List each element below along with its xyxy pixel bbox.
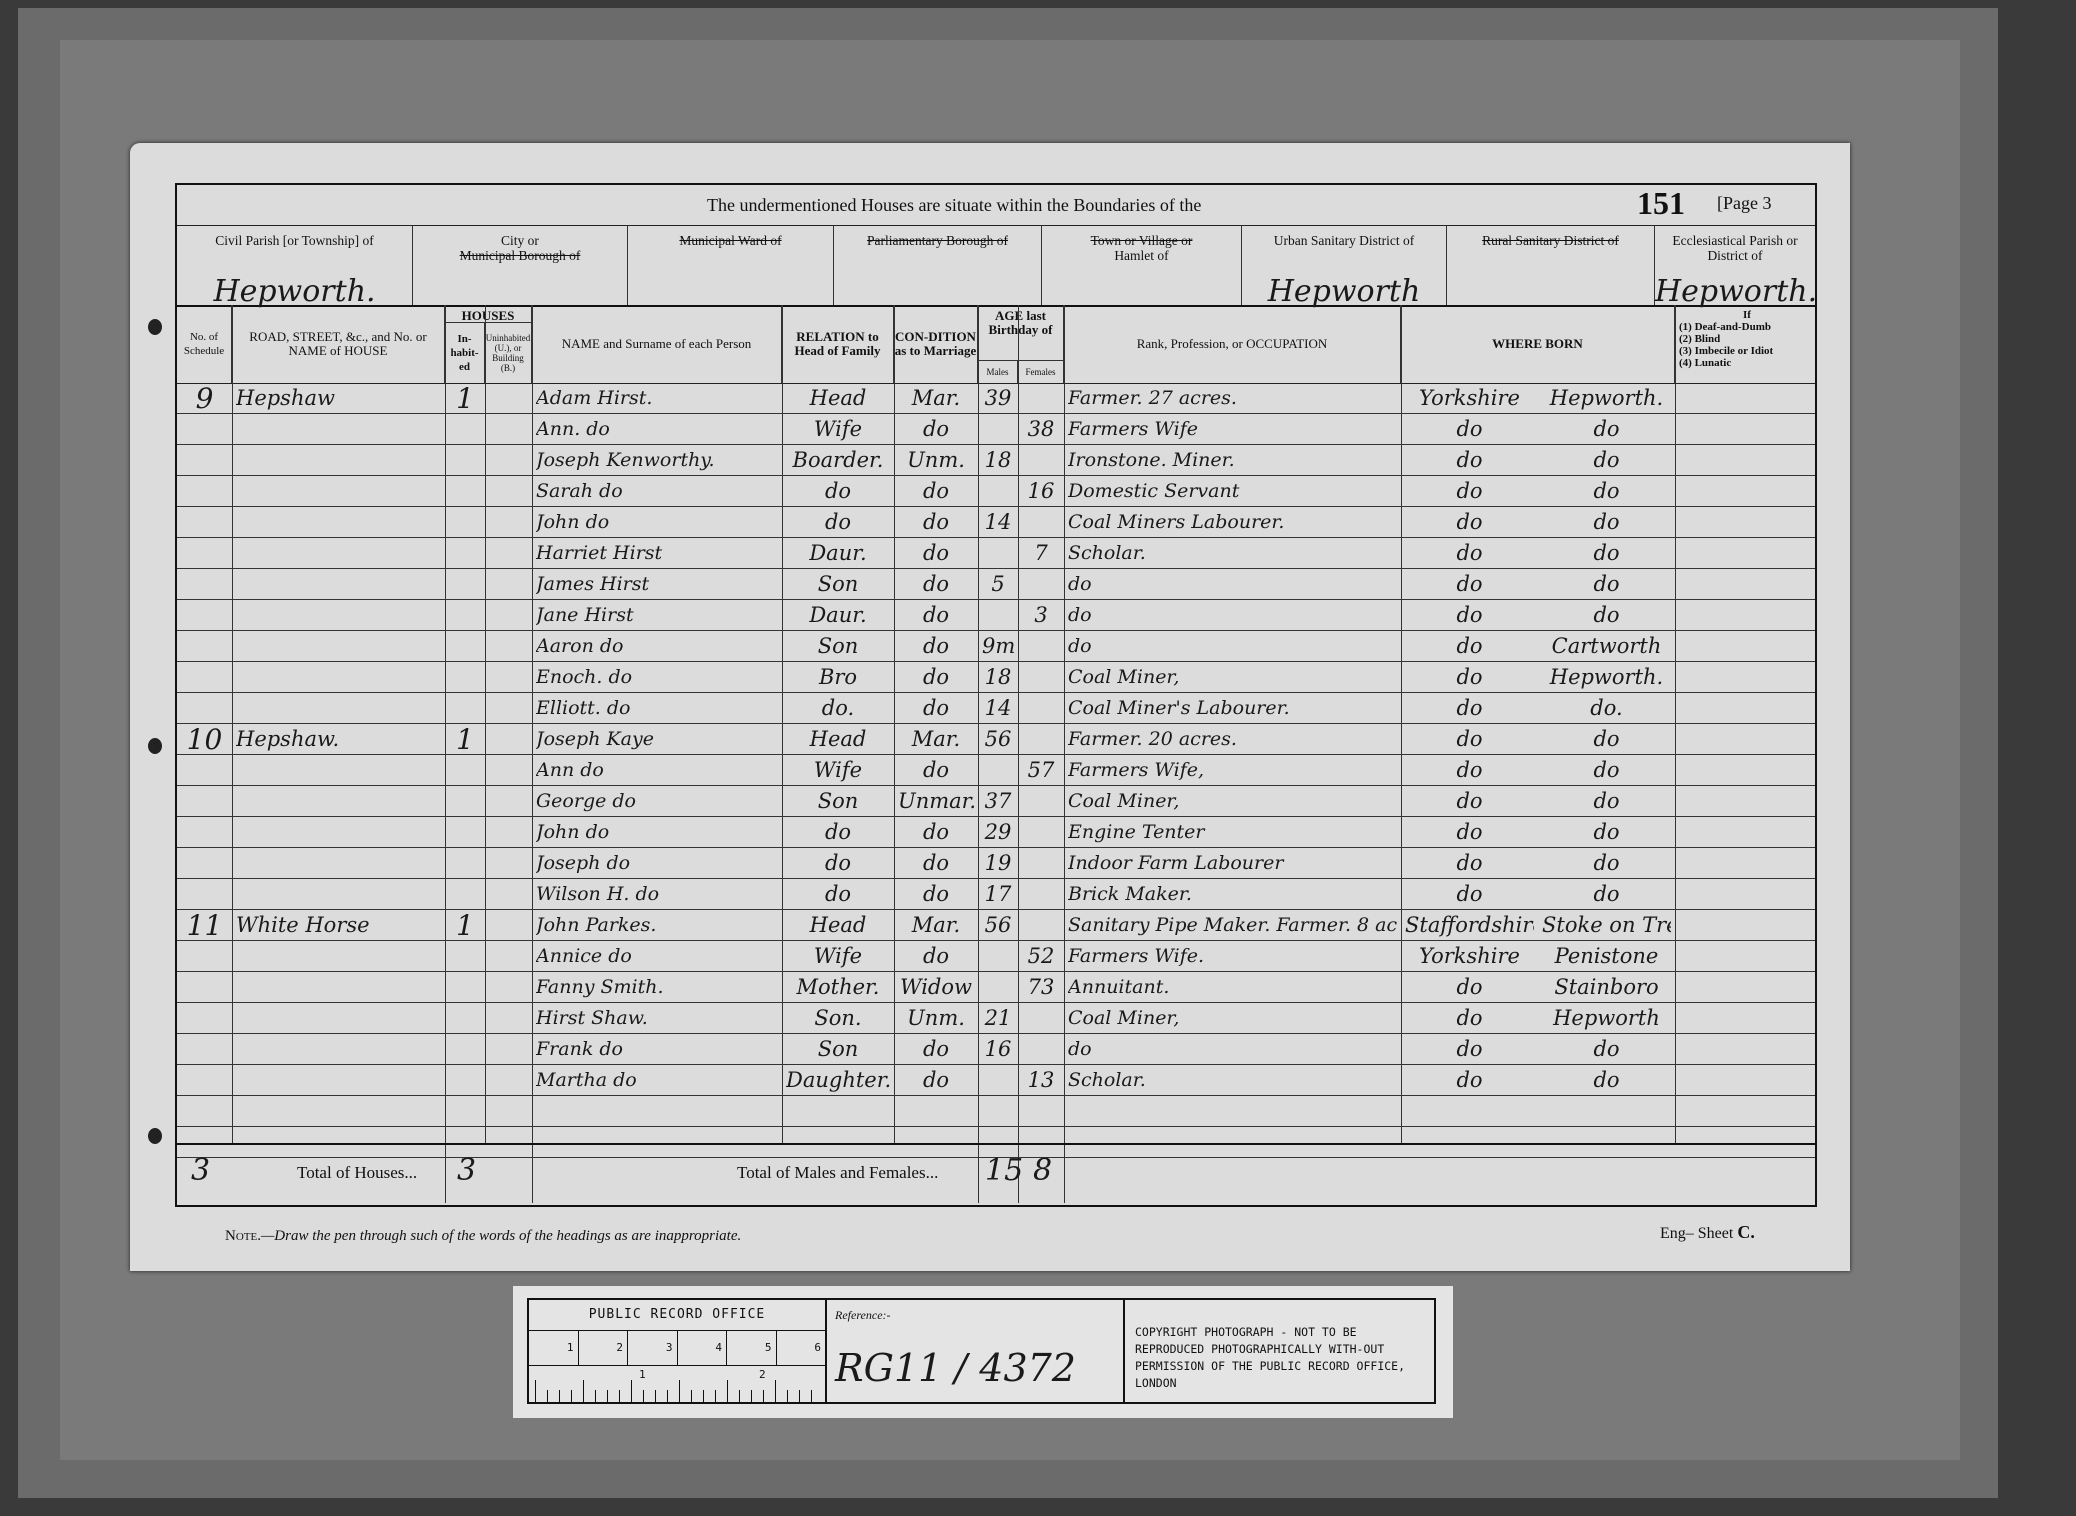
scale-mark: 3 — [628, 1331, 678, 1365]
inhabited-count — [449, 817, 481, 848]
female-age: 57 — [1022, 755, 1060, 786]
schedule-number — [181, 445, 228, 476]
birth-place: do — [1542, 1065, 1671, 1096]
ruler-tick — [619, 1390, 620, 1402]
census-row: Ann doWifedo57Farmers Wife,dodo — [177, 755, 1815, 786]
person-name: Frank do — [536, 1034, 778, 1065]
inhabited-count: 1 — [449, 910, 481, 941]
rural-sanitary-cell: Rural Sanitary District of — [1447, 225, 1655, 305]
sheet-letter: C. — [1737, 1222, 1755, 1242]
census-row: Fanny Smith.Mother.Widow73Annuitant.doSt… — [177, 972, 1815, 1003]
parliamentary-borough-cell: Parliamentary Borough of — [834, 225, 1042, 305]
ruler-tick — [547, 1390, 548, 1402]
scale-mark: 4 — [678, 1331, 728, 1365]
relation: do. — [786, 693, 890, 724]
inhabited-count — [449, 848, 481, 879]
schedule-number — [181, 414, 228, 445]
municipal-ward-label: Municipal Ward of — [628, 233, 833, 248]
male-age: 5 — [982, 569, 1014, 600]
schedule-number — [181, 507, 228, 538]
col-name: NAME and Surname of each Person — [532, 305, 782, 383]
road-name — [236, 693, 441, 724]
female-age: 7 — [1022, 538, 1060, 569]
census-row: 9Hepshaw1Adam Hirst.HeadMar.39Farmer. 27… — [177, 383, 1815, 414]
relation: Bro — [786, 662, 890, 693]
birth-county: do — [1405, 1065, 1534, 1096]
scale-bar: 1 2 3 4 5 6 — [529, 1331, 825, 1366]
census-row: Aaron doSondo9mdodoCartworth — [177, 631, 1815, 662]
infirmity-2: (2) Blind — [1679, 333, 1720, 345]
road-name — [236, 1034, 441, 1065]
inhabited-count — [449, 662, 481, 693]
ruler-tick — [607, 1390, 608, 1402]
birth-county: do — [1405, 972, 1534, 1003]
road-name: Hepshaw. — [236, 724, 441, 755]
eccl-label-line2: District of — [1655, 248, 1815, 263]
eccl-parish-value: Hepworth. — [1655, 284, 1815, 299]
urban-sanitary-label: Urban Sanitary District of — [1242, 233, 1446, 248]
birth-place: do — [1542, 848, 1671, 879]
scale-mark: 1 — [529, 1331, 579, 1365]
note-text: —Draw the pen through such of the words … — [261, 1228, 741, 1244]
schedule-number — [181, 1003, 228, 1034]
schedule-number — [181, 1034, 228, 1065]
birth-county: do — [1405, 1003, 1534, 1034]
birth-county: do — [1405, 569, 1534, 600]
female-age — [1022, 1003, 1060, 1034]
occupation: Engine Tenter — [1068, 817, 1397, 848]
occupation: Coal Miner's Labourer. — [1068, 693, 1397, 724]
relation: do — [786, 848, 890, 879]
infirmity-3: (3) Imbecile or Idiot — [1679, 345, 1773, 357]
inhabited-count — [449, 1065, 481, 1096]
male-age: 37 — [982, 786, 1014, 817]
marital-condition: do — [898, 1065, 974, 1096]
folio-number: 151 — [1637, 185, 1685, 222]
census-row: John dododo14Coal Miners Labourer.dodo — [177, 507, 1815, 538]
female-age: 38 — [1022, 414, 1060, 445]
archive-label-frame: PUBLIC RECORD OFFICE 1 2 3 4 5 6 1 2 Ref… — [527, 1298, 1436, 1404]
census-row: John dododo29Engine Tenterdodo — [177, 817, 1815, 848]
birth-county: do — [1405, 445, 1534, 476]
marital-condition: do — [898, 569, 974, 600]
birth-county: Yorkshire — [1405, 383, 1534, 414]
ruler-tick — [655, 1390, 656, 1402]
birth-county: do — [1405, 507, 1534, 538]
scale-mark: 5 — [727, 1331, 777, 1365]
relation: Son — [786, 569, 890, 600]
relation: do — [786, 476, 890, 507]
relation: Head — [786, 383, 890, 414]
ruler-tick — [679, 1380, 680, 1402]
total-males-value: 15 — [985, 1153, 1023, 1188]
ruler-tick — [595, 1390, 596, 1402]
marital-condition: do — [898, 755, 974, 786]
marital-condition: do — [898, 414, 974, 445]
male-age — [982, 414, 1014, 445]
rural-sanitary-label: Rural Sanitary District of — [1447, 233, 1654, 248]
birth-county: do — [1405, 693, 1534, 724]
form-note: Note.—Draw the pen through such of the w… — [225, 1228, 741, 1245]
punch-hole — [148, 319, 162, 335]
birth-place: do — [1542, 538, 1671, 569]
birth-place: do — [1542, 569, 1671, 600]
schedule-number — [181, 972, 228, 1003]
birth-place: Hepworth — [1542, 1003, 1671, 1034]
inhabited-count — [449, 445, 481, 476]
road-name — [236, 538, 441, 569]
inhabited-count — [449, 972, 481, 1003]
schedule-number: 11 — [181, 910, 228, 941]
birth-county: do — [1405, 879, 1534, 910]
relation: do — [786, 817, 890, 848]
boundaries-row: Civil Parish [or Township] of Hepworth. … — [177, 225, 1815, 307]
road-name — [236, 507, 441, 538]
inhabited-count — [449, 631, 481, 662]
inhabited-count — [449, 538, 481, 569]
ruler-mark: 2 — [759, 1368, 766, 1381]
schedule-number — [181, 941, 228, 972]
female-age — [1022, 445, 1060, 476]
male-age: 16 — [982, 1034, 1014, 1065]
ruler-tick — [775, 1380, 776, 1402]
col-infirmity: If (1) Deaf-and-Dumb (2) Blind (3) Imbec… — [1675, 305, 1815, 383]
marital-condition: Unmar. — [898, 786, 974, 817]
col-where-born: WHERE BORN — [1401, 305, 1675, 383]
census-row: Elliott. dodo.do14Coal Miner's Labourer.… — [177, 693, 1815, 724]
schedule-number — [181, 476, 228, 507]
occupation: Ironstone. Miner. — [1068, 445, 1397, 476]
person-name: John Parkes. — [536, 910, 778, 941]
town-label-line2: Hamlet of — [1042, 248, 1241, 263]
occupation: do — [1068, 1034, 1397, 1065]
female-age: 16 — [1022, 476, 1060, 507]
civil-parish-value: Hepworth. — [177, 284, 412, 299]
schedule-number — [181, 786, 228, 817]
birth-county: do — [1405, 414, 1534, 445]
marital-condition: Unm. — [898, 445, 974, 476]
ruler-tick — [811, 1390, 812, 1402]
sheet-type: Eng– Sheet C. — [1660, 1222, 1755, 1243]
census-row: Wilson H. dododo17Brick Maker.dodo — [177, 879, 1815, 910]
male-age: 39 — [982, 383, 1014, 414]
occupation: Coal Miner, — [1068, 786, 1397, 817]
relation: Daur. — [786, 538, 890, 569]
birth-county: do — [1405, 538, 1534, 569]
marital-condition: do — [898, 879, 974, 910]
occupation: Farmer. 27 acres. — [1068, 383, 1397, 414]
occupation: Scholar. — [1068, 538, 1397, 569]
person-name: Sarah do — [536, 476, 778, 507]
male-age: 18 — [982, 662, 1014, 693]
relation: Head — [786, 910, 890, 941]
birth-county: do — [1405, 817, 1534, 848]
relation: Son — [786, 1034, 890, 1065]
municipal-ward-cell: Municipal Ward of — [628, 225, 834, 305]
person-name: Joseph Kenworthy. — [536, 445, 778, 476]
road-name — [236, 445, 441, 476]
marital-condition: do — [898, 631, 974, 662]
person-name: James Hirst — [536, 569, 778, 600]
census-sheet: The undermentioned Houses are situate wi… — [130, 143, 1850, 1271]
person-name: George do — [536, 786, 778, 817]
birth-place: do — [1542, 600, 1671, 631]
schedule-number — [181, 569, 228, 600]
marital-condition: do — [898, 600, 974, 631]
col-relation: RELATION to Head of Family — [782, 305, 894, 383]
birth-county: do — [1405, 786, 1534, 817]
inhabited-count — [449, 476, 481, 507]
relation: do — [786, 879, 890, 910]
sheet-label: Eng– Sheet — [1660, 1225, 1733, 1242]
marital-condition: do — [898, 817, 974, 848]
birth-county: do — [1405, 476, 1534, 507]
relation: Son — [786, 631, 890, 662]
schedule-number — [181, 817, 228, 848]
col-condition: CON-DITION as to Marriage — [894, 305, 978, 383]
punch-hole — [148, 1128, 162, 1144]
infirmity-4: (4) Lunatic — [1679, 357, 1731, 369]
inhabited-count — [449, 1034, 481, 1065]
female-age: 52 — [1022, 941, 1060, 972]
male-age: 17 — [982, 879, 1014, 910]
marital-condition: do — [898, 848, 974, 879]
birth-place: do — [1542, 1034, 1671, 1065]
census-row: Frank doSondo16dododo — [177, 1034, 1815, 1065]
inhabited-count — [449, 879, 481, 910]
ruler-tick — [763, 1390, 764, 1402]
col-males: Males — [978, 361, 1018, 383]
inhabited-count — [449, 600, 481, 631]
male-age — [982, 600, 1014, 631]
occupation: Annuitant. — [1068, 972, 1397, 1003]
parliamentary-borough-label: Parliamentary Borough of — [834, 233, 1041, 248]
male-age: 14 — [982, 507, 1014, 538]
marital-condition: do — [898, 941, 974, 972]
inhabited-count — [449, 1003, 481, 1034]
relation: Daur. — [786, 600, 890, 631]
town-label-line1: Town or Village or — [1042, 233, 1241, 248]
copyright-notice: COPYRIGHT PHOTOGRAPH - NOT TO BE REPRODU… — [1135, 1324, 1425, 1392]
person-name: Joseph Kaye — [536, 724, 778, 755]
female-age — [1022, 507, 1060, 538]
marital-condition: Widow — [898, 972, 974, 1003]
person-name: Annice do — [536, 941, 778, 972]
road-name — [236, 1003, 441, 1034]
page-number: [Page 3 — [1717, 193, 1771, 214]
person-name: Ann. do — [536, 414, 778, 445]
blank-row — [177, 1096, 1815, 1127]
census-row: Enoch. doBrodo18Coal Miner,doHepworth. — [177, 662, 1815, 693]
census-row: Annice doWifedo52Farmers Wife.YorkshireP… — [177, 941, 1815, 972]
census-row: Sarah dododo16Domestic Servantdodo — [177, 476, 1815, 507]
female-age — [1022, 383, 1060, 414]
col-schedule: No. of Schedule — [177, 305, 232, 383]
birth-place: do — [1542, 724, 1671, 755]
relation: Son — [786, 786, 890, 817]
archive-label: PUBLIC RECORD OFFICE 1 2 3 4 5 6 1 2 Ref… — [513, 1286, 1453, 1418]
relation: Wife — [786, 755, 890, 786]
inhabited-count — [449, 569, 481, 600]
census-row: Joseph dododo19Indoor Farm Labourerdodo — [177, 848, 1815, 879]
schedule-number: 10 — [181, 724, 228, 755]
road-name — [236, 414, 441, 445]
schedule-number — [181, 879, 228, 910]
total-houses-label: Total of Houses... — [297, 1163, 417, 1183]
birth-county: Staffordshire — [1405, 910, 1534, 941]
person-name: Adam Hirst. — [536, 383, 778, 414]
birth-county: do — [1405, 631, 1534, 662]
census-row: Martha doDaughter.do13Scholar.dodo — [177, 1065, 1815, 1096]
schedule-number — [181, 538, 228, 569]
birth-place: Stainboro — [1542, 972, 1671, 1003]
inhabited-count — [449, 755, 481, 786]
birth-place: Cartworth — [1542, 631, 1671, 662]
total-females-value: 8 — [1033, 1153, 1052, 1188]
ruler-tick — [787, 1390, 788, 1402]
punch-hole — [148, 738, 162, 754]
occupation: Farmers Wife, — [1068, 755, 1397, 786]
birth-county: do — [1405, 1034, 1534, 1065]
col-age: AGE last Birthday of — [978, 305, 1064, 361]
occupation: Farmers Wife — [1068, 414, 1397, 445]
inhabited-count — [449, 693, 481, 724]
male-age — [982, 972, 1014, 1003]
relation: Son. — [786, 1003, 890, 1034]
col-houses: HOUSES — [445, 305, 532, 323]
schedule-number — [181, 1065, 228, 1096]
ecclesiastical-parish-cell: Ecclesiastical Parish or District of Hep… — [1655, 225, 1815, 305]
birth-place: do — [1542, 445, 1671, 476]
marital-condition: do — [898, 507, 974, 538]
relation: Wife — [786, 414, 890, 445]
marital-condition: do — [898, 693, 974, 724]
female-age: 13 — [1022, 1065, 1060, 1096]
inhabited-count — [449, 786, 481, 817]
road-name — [236, 786, 441, 817]
marital-condition: Mar. — [898, 724, 974, 755]
birth-place: do — [1542, 755, 1671, 786]
record-office-panel: PUBLIC RECORD OFFICE 1 2 3 4 5 6 1 2 — [529, 1300, 827, 1402]
female-age — [1022, 817, 1060, 848]
town-village-cell: Town or Village or Hamlet of — [1042, 225, 1242, 305]
occupation: Coal Miners Labourer. — [1068, 507, 1397, 538]
male-age: 9m — [982, 631, 1014, 662]
male-age: 56 — [982, 724, 1014, 755]
scale-mark: 6 — [777, 1331, 826, 1365]
female-age — [1022, 910, 1060, 941]
female-age — [1022, 724, 1060, 755]
birth-place: Stoke on Trent — [1542, 910, 1671, 941]
census-row: James HirstSondo5dododo — [177, 569, 1815, 600]
occupation: Farmers Wife. — [1068, 941, 1397, 972]
occupation: do — [1068, 569, 1397, 600]
female-age: 73 — [1022, 972, 1060, 1003]
occupation: Domestic Servant — [1068, 476, 1397, 507]
male-age: 19 — [982, 848, 1014, 879]
road-name — [236, 1065, 441, 1096]
relation: Head — [786, 724, 890, 755]
reference-label: Reference:- — [835, 1308, 891, 1323]
ruler-tick — [751, 1390, 752, 1402]
birth-county: do — [1405, 848, 1534, 879]
ruler-tick — [799, 1390, 800, 1402]
birth-county: do — [1405, 600, 1534, 631]
ruler-tick — [667, 1390, 668, 1402]
relation: Boarder. — [786, 445, 890, 476]
female-age — [1022, 1034, 1060, 1065]
total-houses-value: 3 — [457, 1153, 476, 1188]
female-age — [1022, 848, 1060, 879]
birth-place: Penistone — [1542, 941, 1671, 972]
schedule-number: 9 — [181, 383, 228, 414]
ruler-tick — [691, 1390, 692, 1402]
ruler-tick — [643, 1390, 644, 1402]
census-row: Harriet HirstDaur.do7Scholar.dodo — [177, 538, 1815, 569]
relation: Mother. — [786, 972, 890, 1003]
male-age — [982, 476, 1014, 507]
form-title: The undermentioned Houses are situate wi… — [707, 195, 1201, 216]
column-header-row: No. of Schedule ROAD, STREET, &c., and N… — [177, 305, 1815, 384]
person-name: John do — [536, 817, 778, 848]
relation: Wife — [786, 941, 890, 972]
road-name — [236, 476, 441, 507]
person-name: John do — [536, 507, 778, 538]
road-name — [236, 848, 441, 879]
male-age — [982, 538, 1014, 569]
person-name: Wilson H. do — [536, 879, 778, 910]
col-females: Females — [1018, 361, 1064, 383]
census-row: George doSonUnmar.37Coal Miner,dodo — [177, 786, 1815, 817]
civil-parish-label: Civil Parish [or Township] of — [177, 233, 412, 248]
person-name: Jane Hirst — [536, 600, 778, 631]
male-age — [982, 1065, 1014, 1096]
birth-place: do — [1542, 414, 1671, 445]
inhabited-count — [449, 414, 481, 445]
female-age — [1022, 879, 1060, 910]
birth-place: do — [1542, 817, 1671, 848]
schedule-number — [181, 848, 228, 879]
inhabited-count: 1 — [449, 724, 481, 755]
marital-condition: Unm. — [898, 1003, 974, 1034]
col-uninhabited: Uninhabited (U.), or Building (B.) — [485, 323, 532, 383]
road-name — [236, 631, 441, 662]
person-name: Fanny Smith. — [536, 972, 778, 1003]
col-occupation: Rank, Profession, or OCCUPATION — [1064, 305, 1401, 383]
ruler-tick — [727, 1380, 728, 1402]
ruler-tick — [571, 1390, 572, 1402]
road-name — [236, 879, 441, 910]
road-name — [236, 972, 441, 1003]
schedule-number — [181, 693, 228, 724]
infirmity-1: (1) Deaf-and-Dumb — [1679, 321, 1771, 333]
relation: Daughter. — [786, 1065, 890, 1096]
ruler-tick — [583, 1380, 584, 1402]
reference-value: RG11 / 4372 — [835, 1346, 1076, 1390]
ruler-tick — [559, 1390, 560, 1402]
male-age: 18 — [982, 445, 1014, 476]
col-road: ROAD, STREET, &c., and No. or NAME of HO… — [232, 305, 445, 383]
marital-condition: do — [898, 662, 974, 693]
occupation: do — [1068, 631, 1397, 662]
marital-condition: Mar. — [898, 383, 974, 414]
marital-condition: Mar. — [898, 910, 974, 941]
road-name — [236, 662, 441, 693]
urban-sanitary-cell: Urban Sanitary District of Hepworth — [1242, 225, 1447, 305]
birth-place: do. — [1542, 693, 1671, 724]
person-name: Harriet Hirst — [536, 538, 778, 569]
male-age — [982, 941, 1014, 972]
